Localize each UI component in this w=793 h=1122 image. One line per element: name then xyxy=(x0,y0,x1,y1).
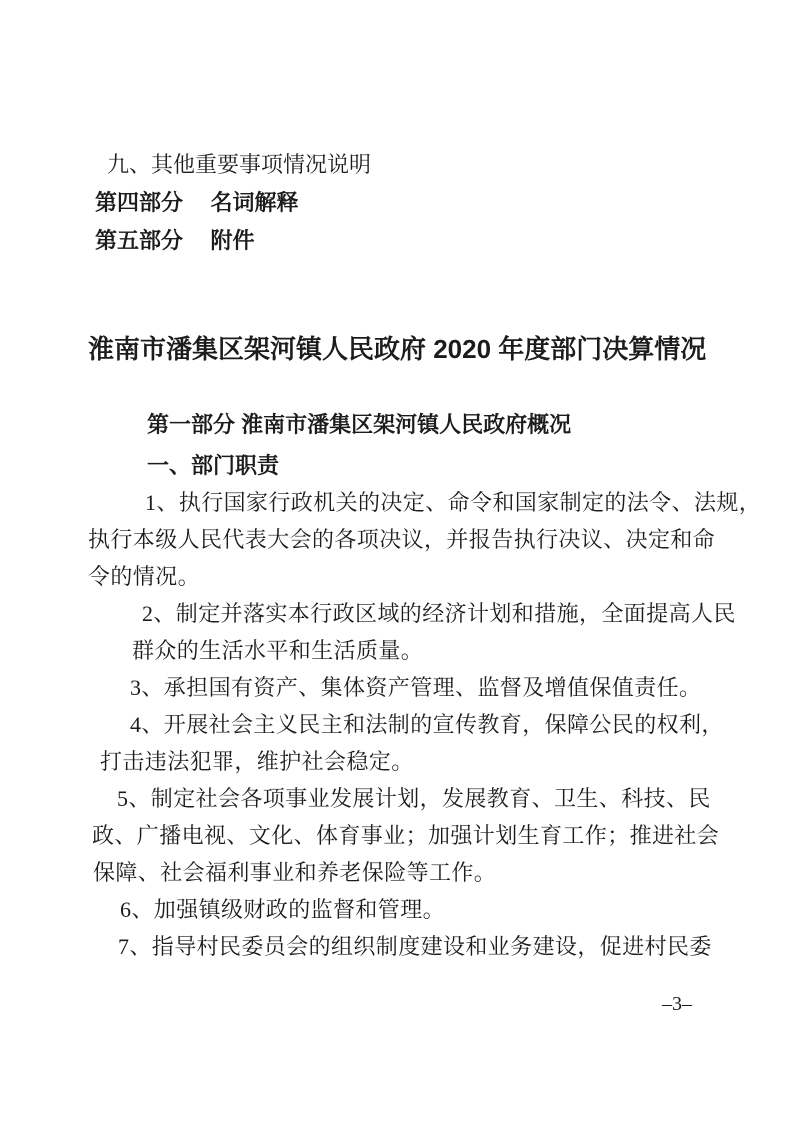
document-page: 九、其他重要事项情况说明 第四部分 名词解释 第五部分 附件 淮南市潘集区架河镇… xyxy=(0,0,793,1122)
body-line: 群众的生活水平和生活质量。 xyxy=(132,637,423,665)
body-line: 打击违法犯罪，维护社会稳定。 xyxy=(100,748,414,776)
body-line: 5、制定社会各项事业发展计划，发展教育、卫生、科技、民 xyxy=(117,785,711,813)
body-line: 7、指导村民委员会的组织制度建设和业务建设，促进村民委 xyxy=(118,933,712,961)
body-line: 6、加强镇级财政的监督和管理。 xyxy=(120,896,445,924)
body-line: 2、制定并落实本行政区域的经济计划和措施，全面提高人民 xyxy=(142,600,736,628)
toc-item-part-four: 第四部分 名词解释 xyxy=(95,189,299,217)
section-heading-duties: 一、部门职责 xyxy=(147,452,279,480)
body-line: 3、承担国有资产、集体资产管理、监督及增值保值责任。 xyxy=(130,674,701,702)
body-line: 4、开展社会主义民主和法制的宣传教育，保障公民的权利， xyxy=(130,711,724,739)
toc-item-other-matters: 九、其他重要事项情况说明 xyxy=(107,151,371,179)
body-line: 保障、社会福利事业和养老保险等工作。 xyxy=(93,859,496,887)
page-number: –3– xyxy=(560,992,692,1017)
document-title: 淮南市潘集区架河镇人民政府 2020 年度部门决算情况 xyxy=(88,333,700,366)
body-line: 执行本级人民代表大会的各项决议，并报告执行决议、决定和命 xyxy=(88,526,715,554)
body-line: 令的情况。 xyxy=(88,563,200,591)
toc-item-part-five: 第五部分 附件 xyxy=(95,227,255,255)
body-line: 政、广播电视、文化、体育事业；加强计划生育工作；推进社会 xyxy=(92,822,719,850)
body-line: 1、执行国家行政机关的决定、命令和国家制定的法令、法规， xyxy=(145,489,761,517)
part-one-heading: 第一部分 淮南市潘集区架河镇人民政府概况 xyxy=(147,411,571,439)
